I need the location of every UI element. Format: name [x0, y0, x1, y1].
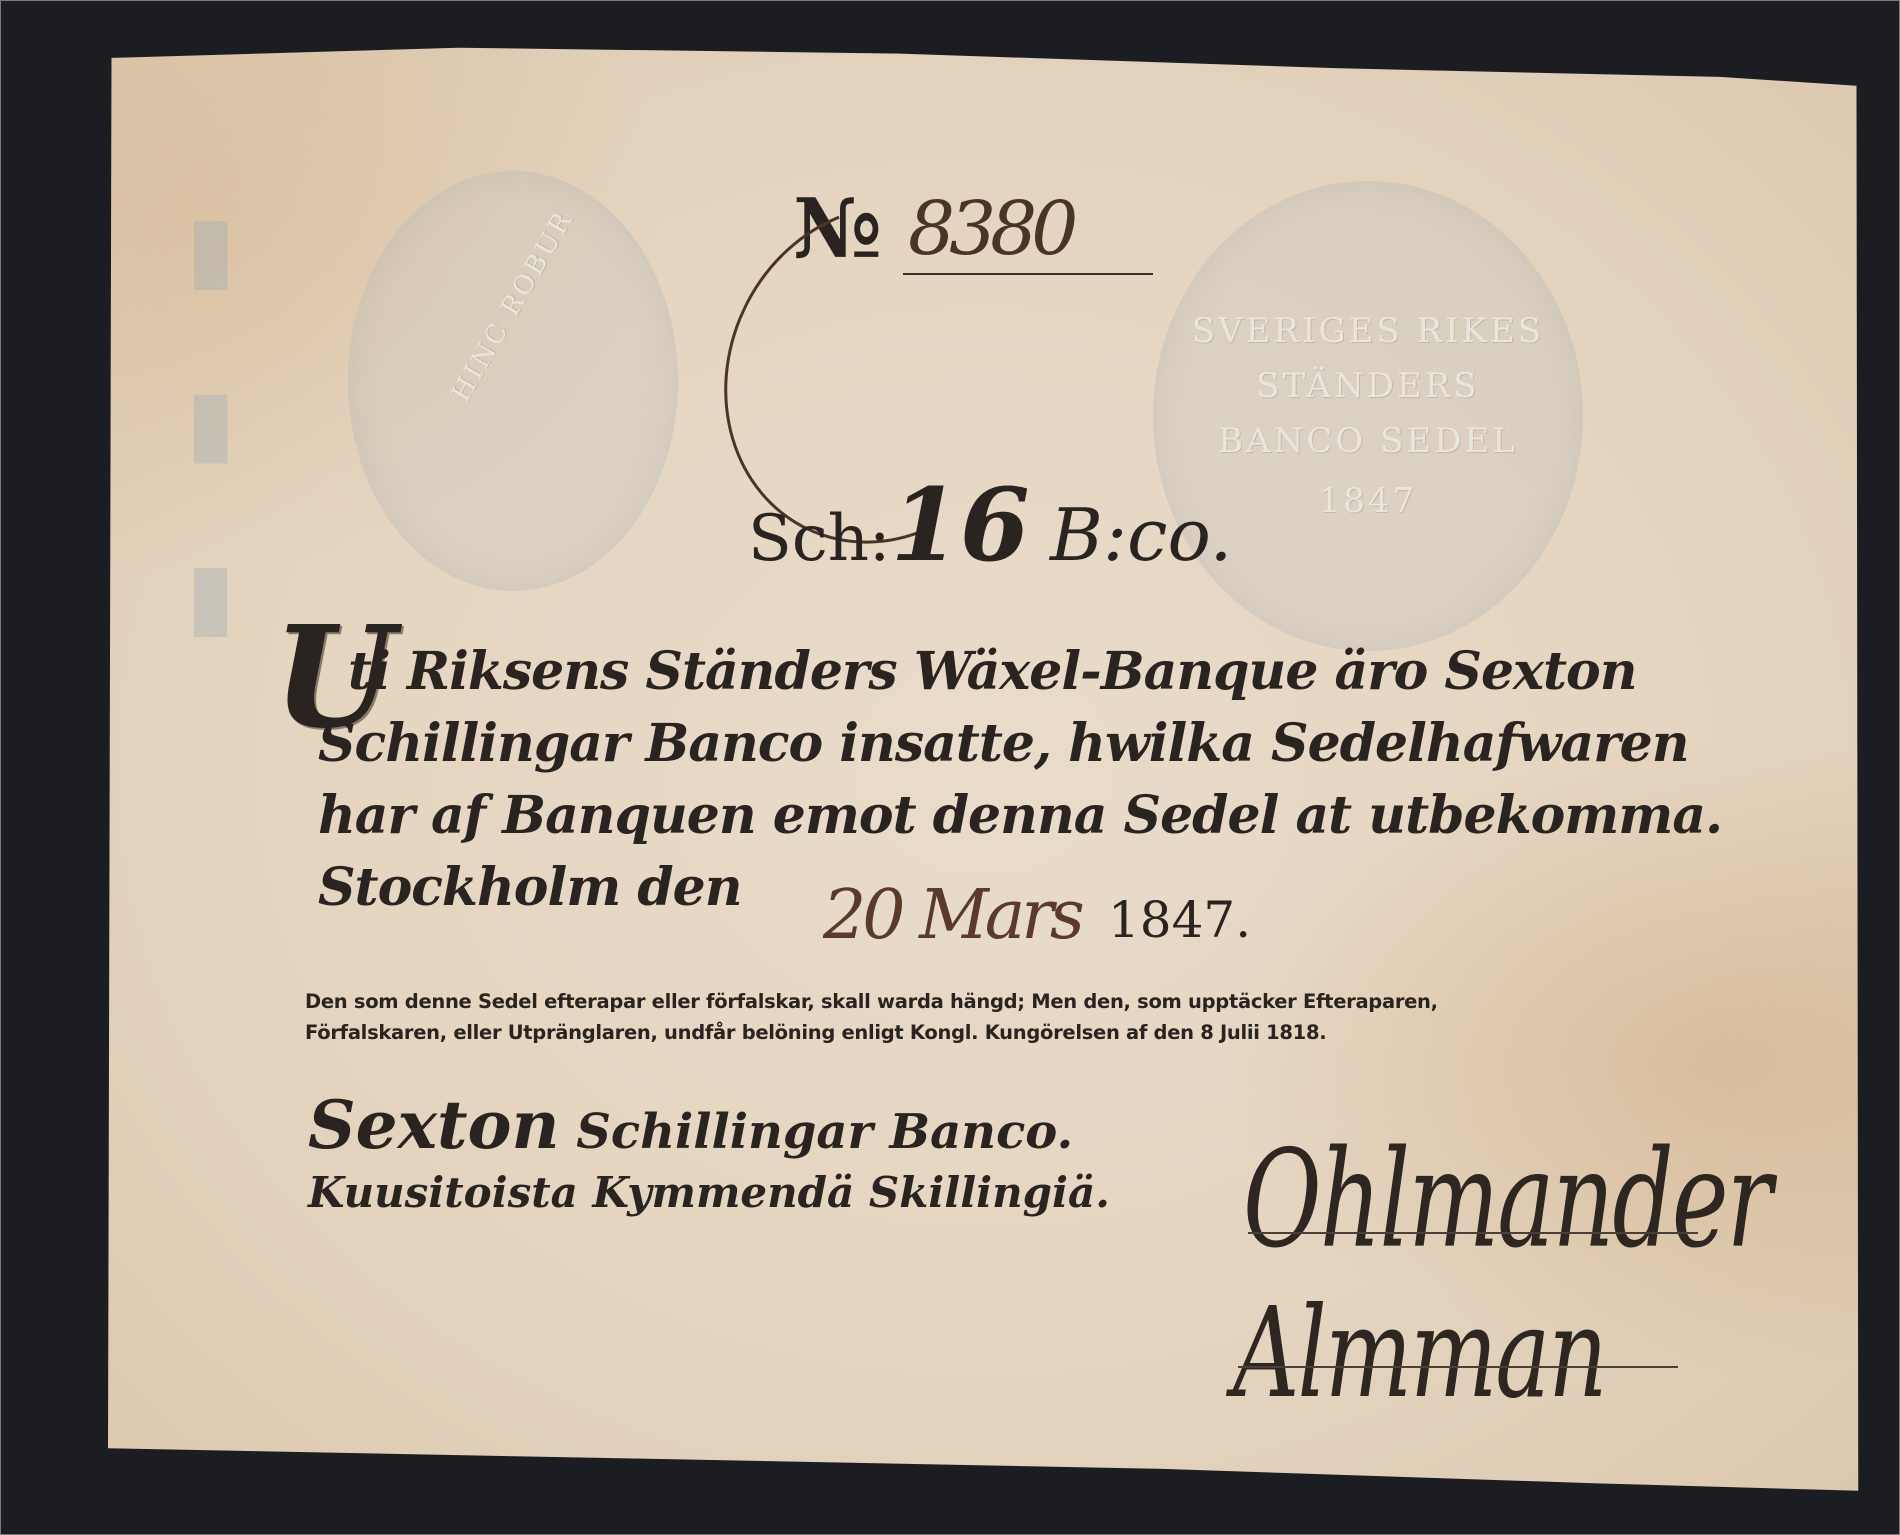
watermark-left-oval: HINC ROBUR — [348, 171, 678, 591]
value-in-words: Sexton Schillingar Banco. Kuusitoista Ky… — [308, 1086, 1110, 1217]
watermark-right-line-1: SVERIGES RIKES — [1153, 311, 1583, 351]
denomination-suffix: B:co. — [1050, 493, 1232, 577]
body-line-2: Schillingar Banco insatte, hwilka Sedelh… — [318, 708, 1768, 780]
warning-line-1: Den som denne Sedel efterapar eller förf… — [305, 986, 1725, 1017]
watermark-right-line-3: BANCO SEDEL — [1153, 421, 1583, 461]
signature-2-line — [1238, 1366, 1678, 1368]
date-handwritten: 20 Mars — [823, 876, 1081, 955]
watermark-right-line-2: STÄNDERS — [1153, 366, 1583, 406]
banknote: ▮ ▮ ▮ HINC ROBUR SVERIGES RIKES STÄNDERS… — [108, 36, 1860, 1498]
signature-1: Ohlmander — [1243, 1121, 1770, 1278]
year: 1847. — [1108, 891, 1251, 949]
signature-2: Almman — [1233, 1281, 1605, 1425]
warning-line-2: Förfalskaren, eller Utpränglaren, undfår… — [305, 1017, 1725, 1048]
side-watermark: ▮ ▮ ▮ — [193, 196, 263, 1396]
value-swedish-rest: Schillingar Banco. — [576, 1104, 1073, 1160]
signature-1-line — [1248, 1232, 1698, 1234]
value-swedish-big: Sexton — [308, 1086, 560, 1164]
counterfeit-warning: Den som denne Sedel efterapar eller förf… — [305, 986, 1725, 1048]
watermark-left-text: HINC ROBUR — [418, 156, 609, 457]
body-line-3: har af Banquen emot denna Sedel at utbek… — [318, 780, 1768, 852]
denomination-prefix: Sch: — [748, 502, 890, 576]
denomination: Sch:16 B:co. — [748, 466, 1232, 584]
value-finnish: Kuusitoista Kymmendä Skillingiä. — [308, 1168, 1110, 1217]
body-line-1: ti Riksens Ständers Wäxel-Banque äro Sex… — [348, 636, 1768, 708]
denomination-value: 16 — [890, 466, 1029, 584]
